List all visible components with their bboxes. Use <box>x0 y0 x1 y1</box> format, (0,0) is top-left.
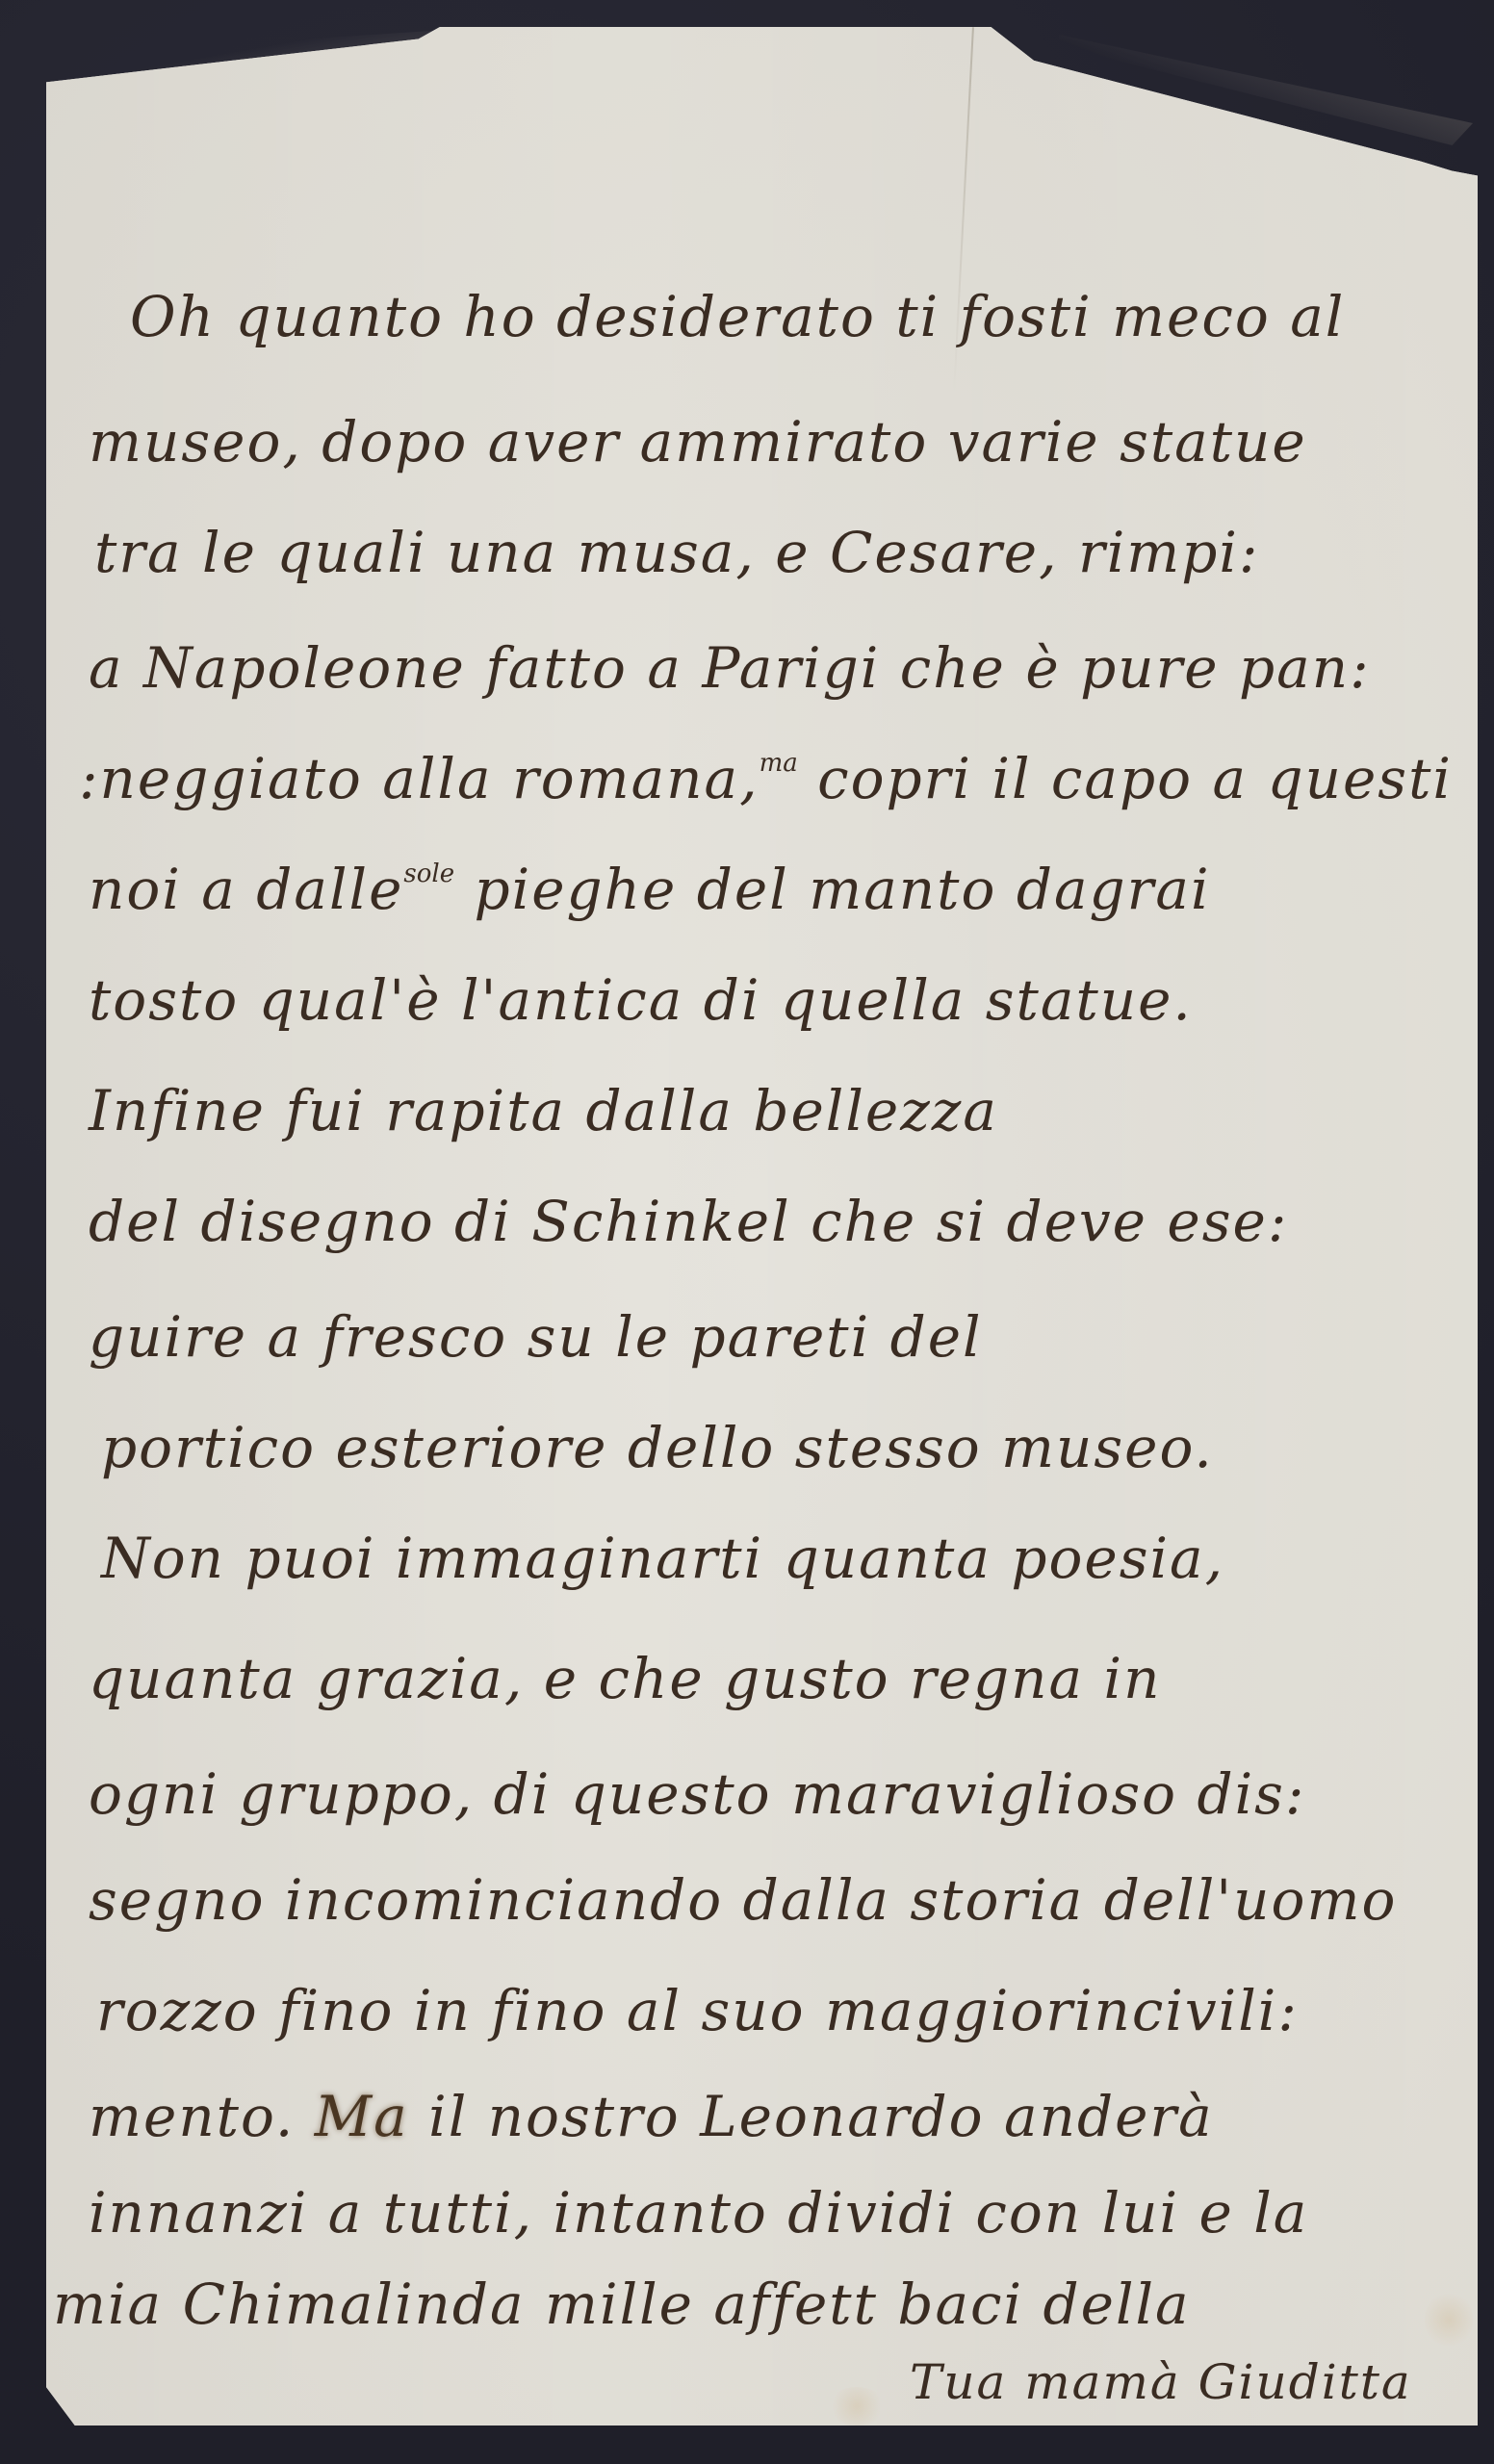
paper-stain <box>1425 2291 1473 2348</box>
text-line-9: del disegno di Schinkel che si deve ese: <box>89 1193 1288 1249</box>
text-line-6-post: pieghe del manto dagrai <box>454 857 1210 922</box>
text-line-17: mento. Ma il nostro Leonardo anderà <box>89 2089 1214 2144</box>
text-line-1: Oh quanto ho desiderato ti fosti meco al <box>130 289 1345 345</box>
text-line-5: :neggiato alla romana,ma copri il capo a… <box>79 751 1453 807</box>
text-line-10: guire a fresco su le pareti del <box>89 1309 983 1365</box>
text-line-14: ogni gruppo, di questo maraviglioso dis: <box>89 1766 1305 1822</box>
text-line-5-pre: :neggiato alla romana, <box>79 746 760 811</box>
interlinear-insertion: sole <box>403 860 454 888</box>
text-line-5-post: copri il capo a questi <box>798 746 1453 811</box>
text-line-17-pre: mento. <box>89 2084 315 2149</box>
text-line-12: Non puoi immaginarti quanta poesia, <box>101 1530 1224 1586</box>
text-line-13: quanta grazia, e che gusto regna in <box>89 1651 1161 1707</box>
text-line-4: a Napoleone fatto a Parigi che è pure pa… <box>89 640 1371 696</box>
text-line-16: rozzo fino in fino al suo maggiorincivil… <box>96 1983 1299 2039</box>
text-line-15: segno incominciando dalla storia dell'uo… <box>89 1872 1397 1928</box>
text-line-2: museo, dopo aver ammirato varie statue <box>89 414 1307 470</box>
ink-blot-correction: Ma <box>315 2084 409 2149</box>
signature: Tua mamà Giuditta <box>910 2358 1412 2406</box>
text-line-7: tosto qual'è l'antica di quella statue. <box>89 972 1193 1028</box>
text-line-19: mia Chimalinda mille affett baci della <box>53 2276 1191 2332</box>
text-line-18: innanzi a tutti, intanto dividi con lui … <box>89 2185 1308 2241</box>
text-line-8: Infine fui rapita dalla bellezza <box>89 1083 998 1139</box>
paper-stain <box>828 2387 886 2425</box>
text-line-6-pre: noi a dalle <box>89 857 403 922</box>
interlinear-insertion: ma <box>760 749 798 778</box>
text-line-6: noi a dallesole pieghe del manto dagrai <box>89 861 1211 917</box>
text-line-17-post: il nostro Leonardo anderà <box>409 2084 1214 2149</box>
text-line-3: tra le quali una musa, e Cesare, rimpi: <box>94 525 1259 580</box>
text-line-11: portico esteriore dello stesso museo. <box>101 1420 1214 1476</box>
